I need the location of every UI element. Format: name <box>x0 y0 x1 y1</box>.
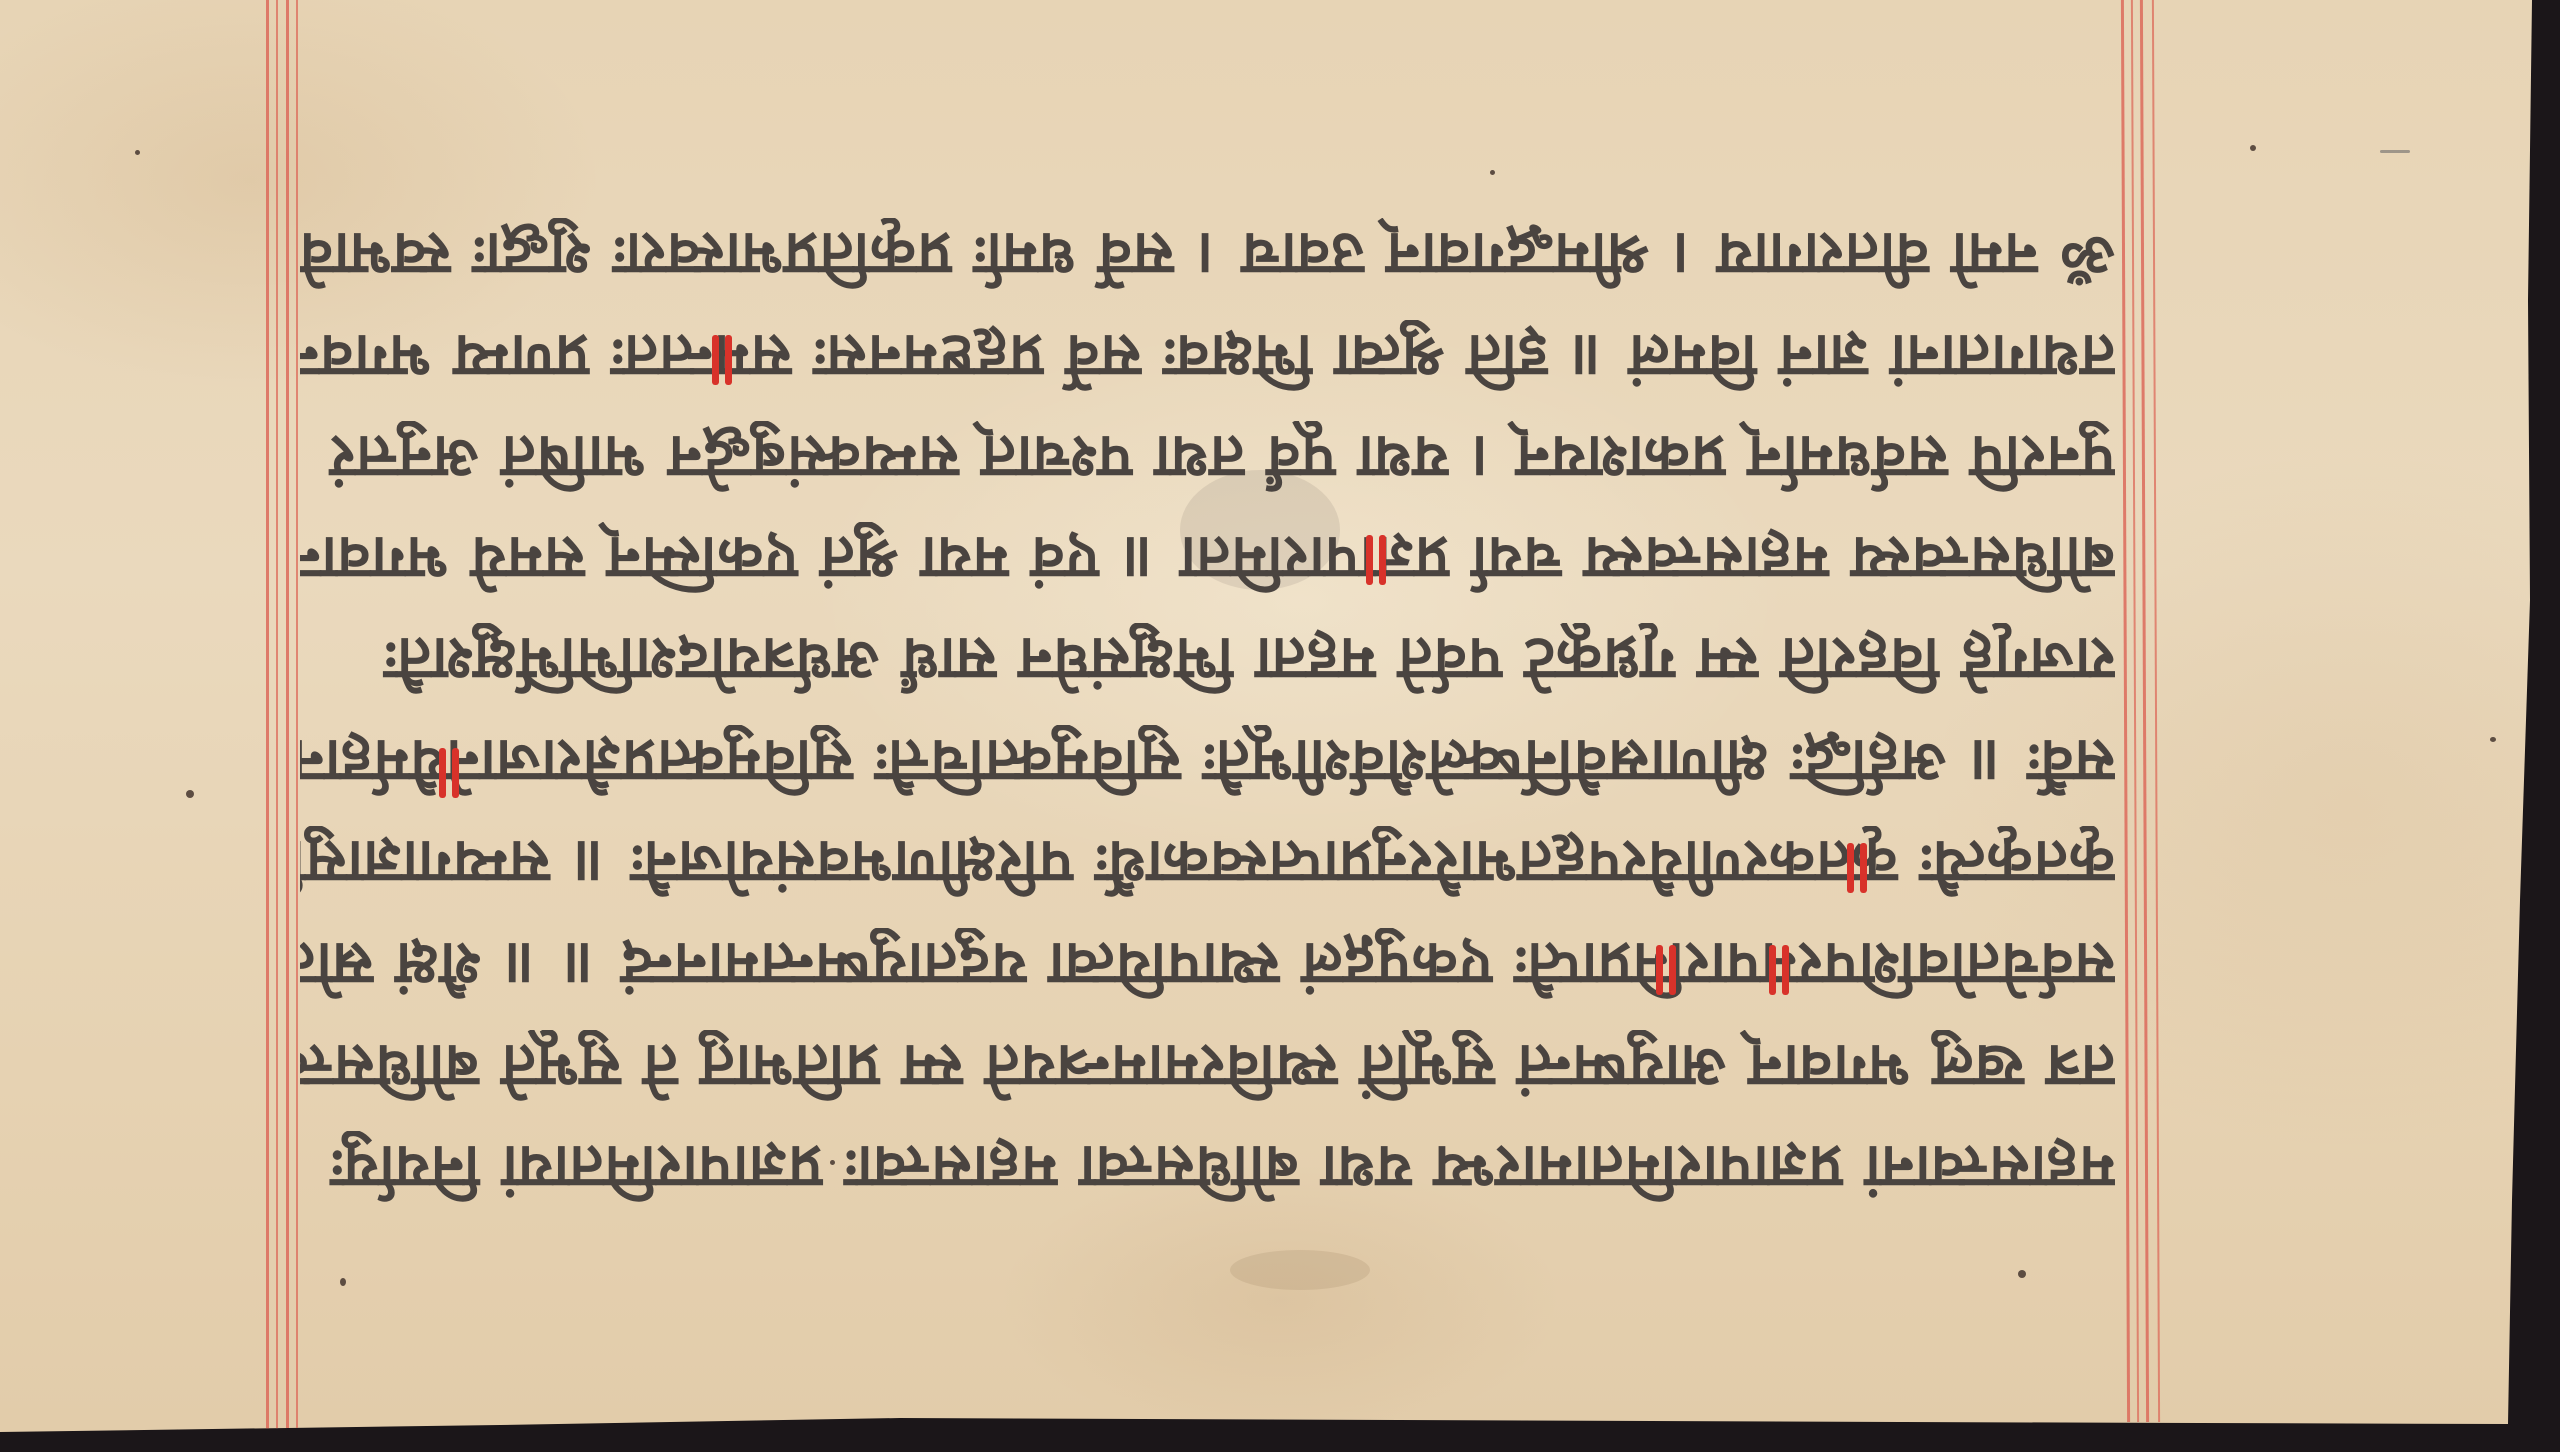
red-danda-mark <box>1845 843 1871 893</box>
paper-speck <box>2018 1270 2026 1278</box>
paper-speck <box>135 150 140 155</box>
manuscript-line-10: महासत्त्वानां प्रज्ञापारमितामारभ्य यथा ब… <box>300 1131 2115 1203</box>
manuscript-line-7: कृतकृत्यैः कृतकरणीयैरपहृतभारैरनुप्राप्तस… <box>300 826 2115 898</box>
manuscript-line-5: राजगृहे विहरति स्म गृध्रकूटे पर्वते महता… <box>300 623 2115 695</box>
paper-speck <box>340 1278 346 1286</box>
manuscript-line-6: सर्वैः ॥ अर्हद्भिः क्षीणास्रवैर्निष्क्ले… <box>300 725 2115 797</box>
red-danda-mark <box>1767 945 1793 995</box>
left-margin-rule <box>296 0 298 1432</box>
red-danda-mark <box>437 748 463 798</box>
red-danda-mark <box>1364 535 1390 585</box>
paper-speck <box>2380 150 2410 153</box>
red-danda-mark <box>1654 945 1680 995</box>
paper-speck <box>2490 737 2496 742</box>
right-margin-rule <box>2131 0 2139 1422</box>
manuscript-folio: ॐ नमो वीतरागाय । श्रीमद्भगवान् उवाच । सर… <box>0 0 2532 1432</box>
water-stain <box>1230 1250 1370 1290</box>
paper-speck <box>1490 170 1495 175</box>
right-margin-rule <box>2140 0 2149 1422</box>
right-margin-rule <box>2152 0 2160 1422</box>
manuscript-line-2: तथागतानां ज्ञानं विमलं ॥ इति श्रुत्वा भि… <box>300 320 2115 392</box>
paper-speck <box>2250 145 2256 151</box>
manuscript-line-4: बोधिसत्त्वस्य महासत्त्वस्य चर्या प्रज्ञा… <box>300 522 2115 594</box>
manuscript-line-9: तत्र खलु भगवान् आयुष्मन्तं सुभूतिं स्थवि… <box>300 1030 2115 1102</box>
manuscript-line-3: पुनरपि सर्वधर्मान् प्रकाशयन् । यथा पूर्व… <box>300 421 2115 493</box>
manuscript-photo: ॐ नमो वीतरागाय । श्रीमद्भगवान् उवाच । सर… <box>0 0 2560 1452</box>
red-danda-mark <box>710 335 736 385</box>
manuscript-line-8: सर्वचेतोवशिपरमपारमिप्राप्तैः एकपुद्गलं स… <box>300 928 2115 1000</box>
left-margin-rule <box>276 0 278 1432</box>
manuscript-line-1: ॐ नमो वीतरागाय । श्रीमद्भगवान् उवाच । सर… <box>300 218 2115 290</box>
left-margin-rule <box>266 0 269 1432</box>
right-margin-rule <box>2121 0 2130 1422</box>
paper-speck <box>186 790 194 798</box>
left-margin-rule <box>286 0 289 1432</box>
